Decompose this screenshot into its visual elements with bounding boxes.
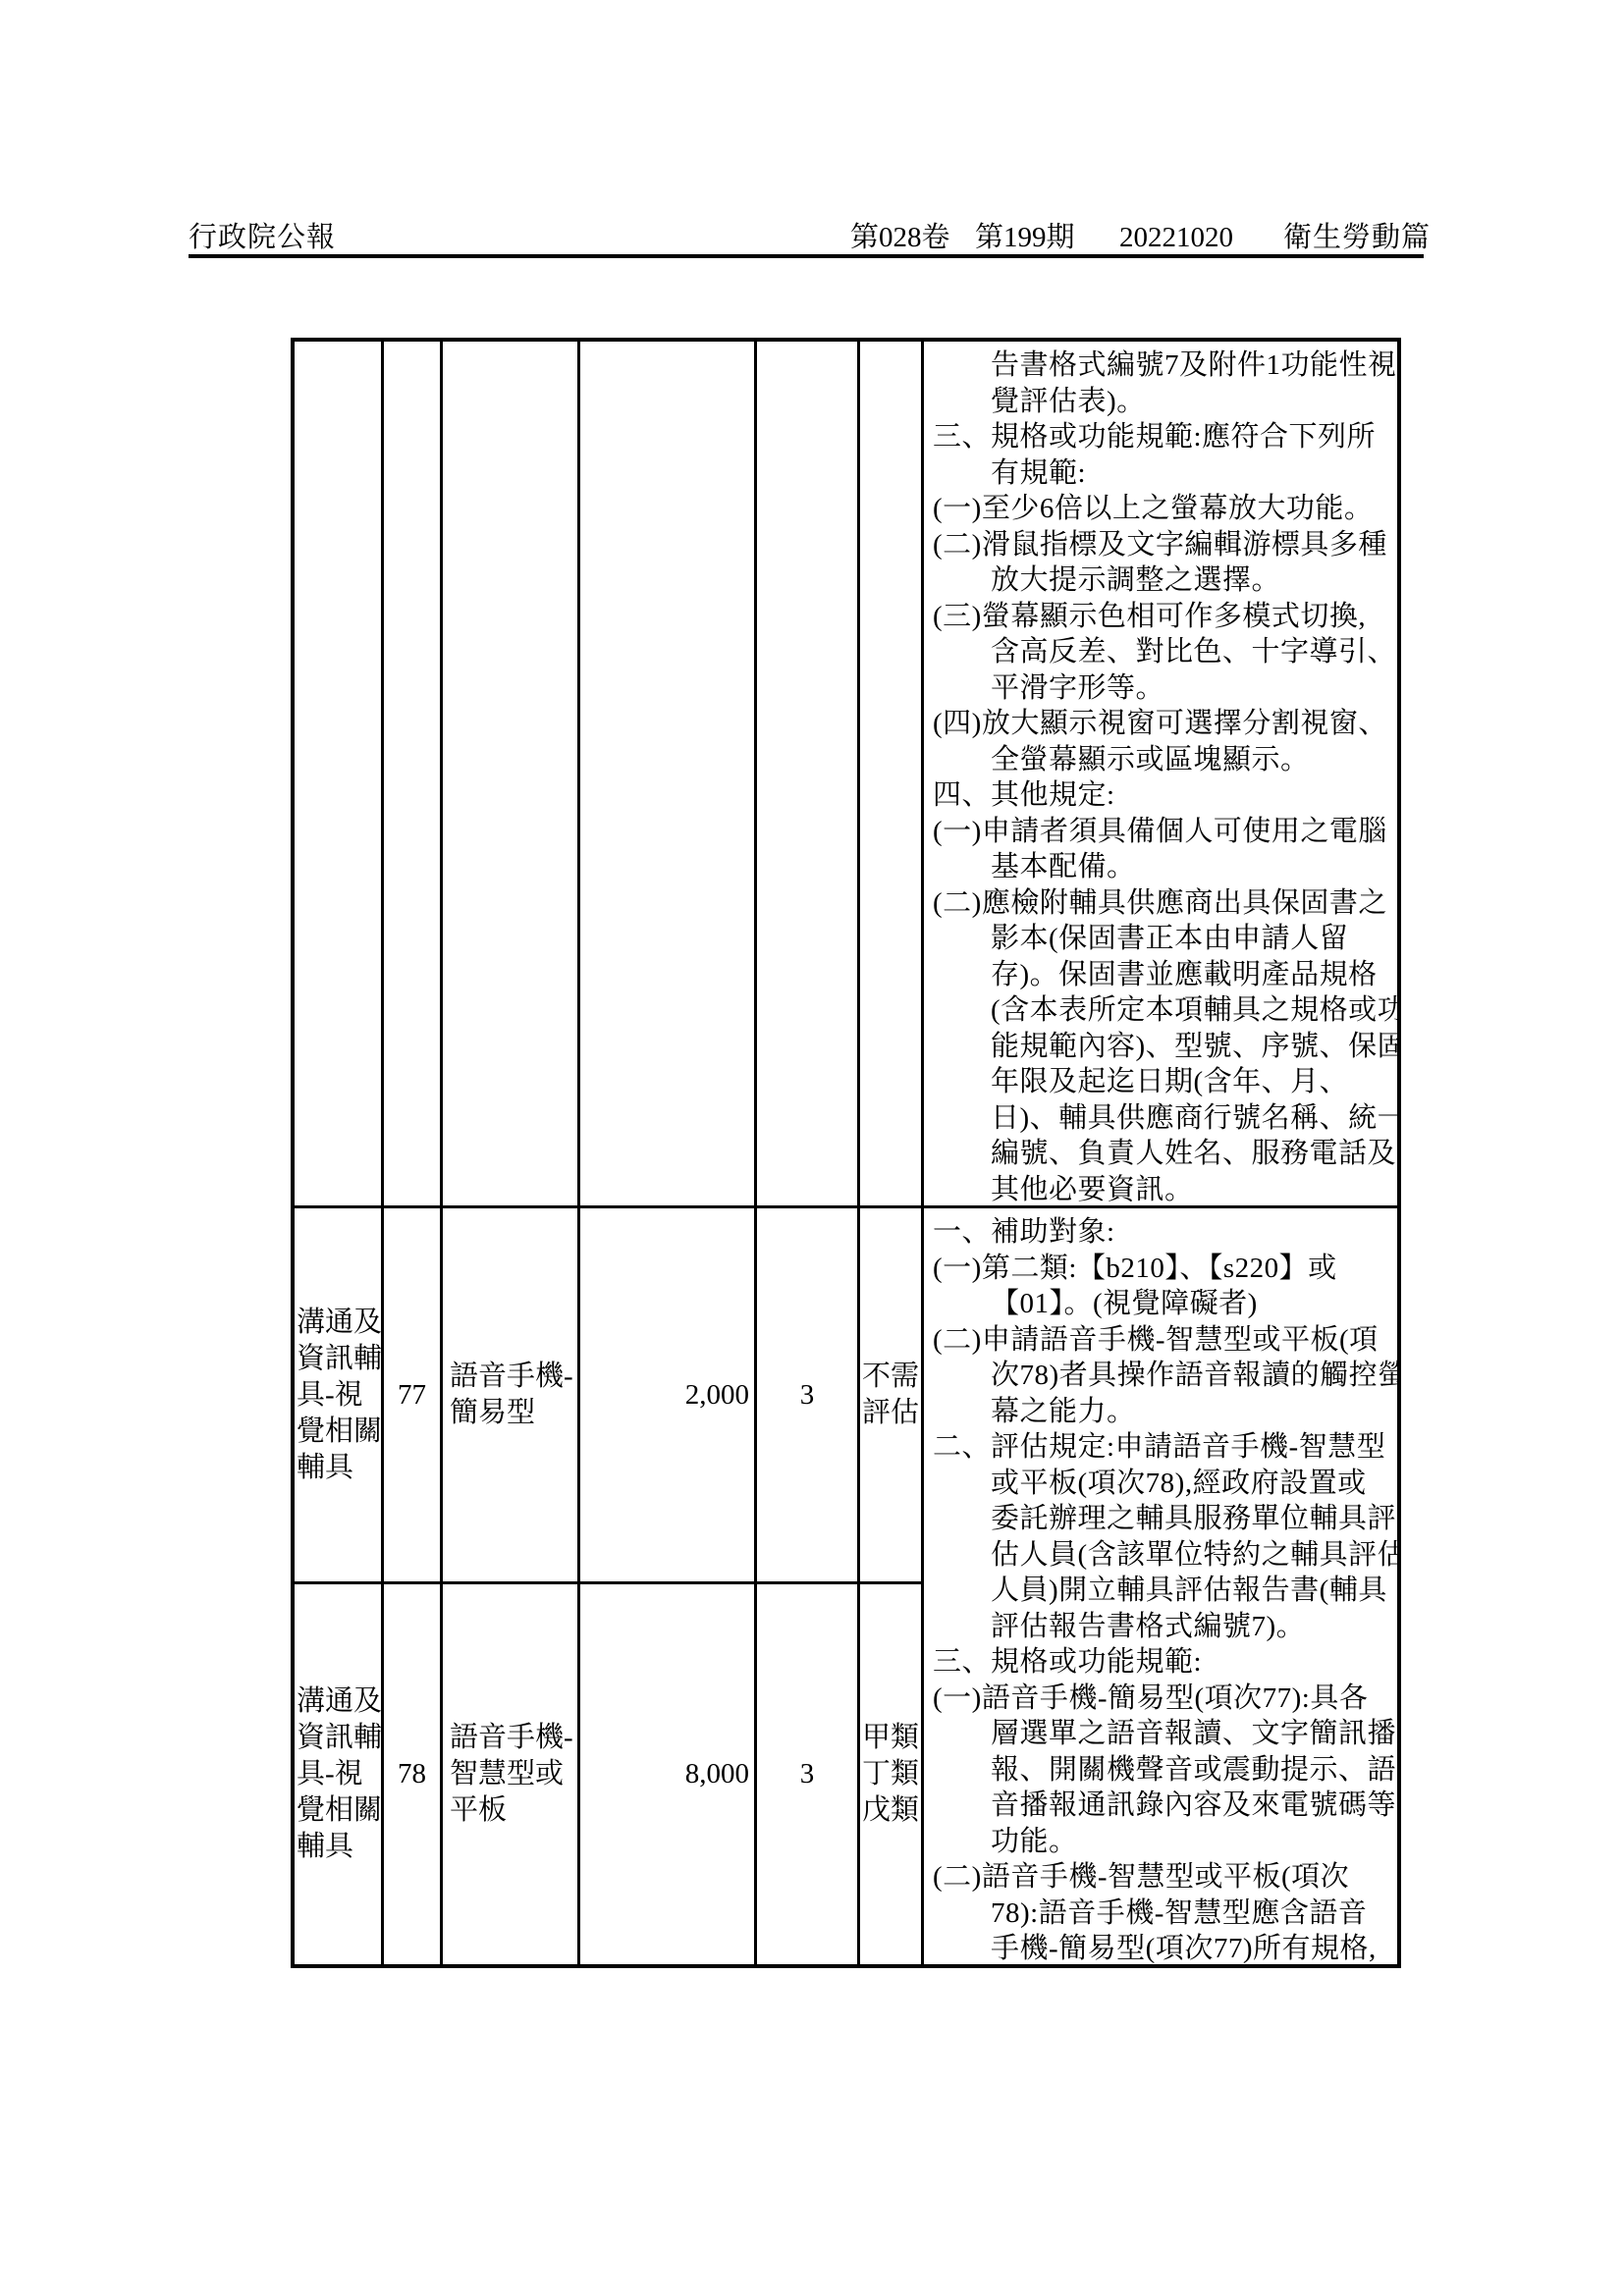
- category-cell-item78: 溝通及資訊輔具-視覺相關輔具: [297, 1584, 381, 1964]
- count-78: 3: [800, 1758, 815, 1790]
- gazette-page: 行政院公報 第028卷 第199期 20221020 衛生勞動篇 告書格式編號7…: [0, 0, 1623, 2296]
- text-line: (含本表所定本項輔具之規格或功: [933, 992, 1393, 1029]
- count-cell-item77: 3: [757, 1208, 857, 1581]
- text-line: 日)、輔具供應商行號名稱、統一: [933, 1100, 1393, 1137]
- text-line: 四、其他規定:: [933, 777, 1393, 814]
- text-line: 委託辦理之輔具服務單位輔具評: [933, 1501, 1393, 1537]
- date-label: 20221020: [1119, 220, 1233, 255]
- issue-label: 第199期: [975, 220, 1075, 255]
- text-line: (三)螢幕顯示色相可作多模式切換,: [933, 599, 1393, 635]
- description-cell-continuation: 告書格式編號7及附件1功能性視覺評估表)。三、規格或功能規範:應符合下列所有規範…: [927, 342, 1397, 1205]
- text-line: 有規範:: [933, 455, 1393, 492]
- text-line: 具-視: [297, 1377, 363, 1414]
- text-line: 幕之能力。: [933, 1394, 1393, 1430]
- evaluation-cell-item77: 不需評估: [860, 1208, 921, 1581]
- text-line: (二)語音手機-智慧型或平板(項次: [933, 1859, 1393, 1896]
- text-line: 甲類: [862, 1720, 919, 1756]
- text-line: 估人員(含該單位特約之輔具評估: [933, 1537, 1393, 1574]
- text-line: 放大提示調整之選擇。: [933, 562, 1393, 599]
- text-line: (二)滑鼠指標及文字編輯游標具多種: [933, 527, 1393, 563]
- text-line: 告書格式編號7及附件1功能性視: [933, 347, 1393, 384]
- text-line: 人員)開立輔具評估報告書(輔具: [933, 1573, 1393, 1609]
- text-line: 其他必要資訊。: [933, 1172, 1393, 1206]
- text-line: 全螢幕顯示或區塊顯示。: [933, 742, 1393, 778]
- text-line: 次78)者具操作語音報讀的觸控螢: [933, 1358, 1393, 1394]
- table-vline-evaluation: [921, 342, 924, 1964]
- text-line: 溝通及: [297, 1683, 381, 1720]
- text-line: (二)應檢附輔具供應商出具保固書之: [933, 885, 1393, 922]
- text-line: 78):語音手機-智慧型應含語音: [933, 1896, 1393, 1932]
- name-cell-item78: 語音手機-智慧型或平板: [443, 1584, 577, 1964]
- text-line: 不需: [862, 1359, 919, 1395]
- text-line: 報、開關機聲音或震動提示、語: [933, 1752, 1393, 1789]
- item-no-cell-item77: 77: [384, 1208, 440, 1581]
- text-line: 輔具: [297, 1829, 353, 1865]
- text-line: 簡易型: [450, 1395, 535, 1431]
- text-line: 語音手機-: [450, 1359, 573, 1395]
- text-line: 三、規格或功能規範:應符合下列所: [933, 419, 1393, 455]
- text-line: 溝通及: [297, 1305, 381, 1341]
- text-line: 覺相關: [297, 1414, 381, 1450]
- text-line: 丁類: [862, 1756, 919, 1792]
- subsidy-table: 告書格式編號7及附件1功能性視覺評估表)。三、規格或功能規範:應符合下列所有規範…: [291, 338, 1401, 1968]
- text-line: 存)。保固書並應載明產品規格: [933, 957, 1393, 993]
- text-line: 智慧型或: [450, 1756, 564, 1792]
- section-label: 衛生勞動篇: [1283, 220, 1431, 255]
- evaluation-cell-item78: 甲類丁類戊類: [860, 1584, 921, 1964]
- text-line: (一)申請者須具備個人可使用之電腦: [933, 814, 1393, 850]
- text-line: 平板: [450, 1792, 507, 1829]
- text-line: 評估報告書格式編號7)。: [933, 1609, 1393, 1645]
- text-line: (二)申請語音手機-智慧型或平板(項: [933, 1322, 1393, 1359]
- text-line: (一)至少6倍以上之螢幕放大功能。: [933, 491, 1393, 527]
- text-line: 基本配備。: [933, 849, 1393, 885]
- text-line: 能規範內容)、型號、序號、保固: [933, 1029, 1393, 1065]
- count-77: 3: [800, 1379, 815, 1412]
- text-line: 功能。: [933, 1824, 1393, 1860]
- item-no-77: 77: [398, 1379, 426, 1412]
- text-line: 戊類: [862, 1792, 919, 1829]
- text-line: 覺相關: [297, 1792, 381, 1829]
- text-line: 或平板(項次78),經政府設置或: [933, 1466, 1393, 1502]
- text-line: 資訊輔: [297, 1341, 381, 1377]
- item-no-cell-item78: 78: [384, 1584, 440, 1964]
- amount-cell-item78: 8,000: [580, 1584, 754, 1964]
- text-line: (四)放大顯示視窗可選擇分割視窗、: [933, 706, 1393, 742]
- text-line: 資訊輔: [297, 1720, 381, 1756]
- text-line: 年限及起迄日期(含年、月、: [933, 1064, 1393, 1100]
- amount-77: 2,000: [685, 1379, 749, 1412]
- text-line: 二、評估規定:申請語音手機-智慧型: [933, 1429, 1393, 1466]
- text-line: 覺評估表)。: [933, 384, 1393, 420]
- category-cell-item77: 溝通及資訊輔具-視覺相關輔具: [297, 1208, 381, 1581]
- header-rule: [189, 254, 1424, 258]
- amount-cell-item77: 2,000: [580, 1208, 754, 1581]
- text-line: 含高反差、對比色、十字導引、: [933, 634, 1393, 670]
- amount-78: 8,000: [685, 1758, 749, 1790]
- description-cell-item77-78: 一、補助對象:(一)第二類:【b210】、【s220】或【01】。(視覺障礙者)…: [927, 1208, 1397, 1964]
- text-line: (一)第二類:【b210】、【s220】或: [933, 1251, 1393, 1287]
- text-line: 音播報通訊錄內容及來電號碼等: [933, 1788, 1393, 1824]
- text-line: 層選單之語音報讀、文字簡訊播: [933, 1716, 1393, 1752]
- text-line: 一、補助對象:: [933, 1214, 1393, 1251]
- volume-label: 第028卷: [850, 220, 950, 255]
- text-line: 輔具: [297, 1450, 353, 1486]
- text-line: 編號、負責人姓名、服務電話及: [933, 1136, 1393, 1172]
- text-line: 影本(保固書正本由申請人留: [933, 921, 1393, 957]
- text-line: 平滑字形等。: [933, 670, 1393, 707]
- text-line: 手機-簡易型(項次77)所有規格,: [933, 1931, 1393, 1964]
- text-line: 具-視: [297, 1756, 363, 1792]
- name-cell-item77: 語音手機-簡易型: [443, 1208, 577, 1581]
- text-line: 語音手機-: [450, 1720, 573, 1756]
- text-line: (一)語音手機-簡易型(項次77):具各: [933, 1681, 1393, 1717]
- gazette-title: 行政院公報: [189, 220, 336, 255]
- item-no-78: 78: [398, 1758, 426, 1790]
- text-line: 評估: [862, 1395, 919, 1431]
- text-line: 【01】。(視覺障礙者): [933, 1286, 1393, 1322]
- count-cell-item78: 3: [757, 1584, 857, 1964]
- text-line: 三、規格或功能規範:: [933, 1644, 1393, 1681]
